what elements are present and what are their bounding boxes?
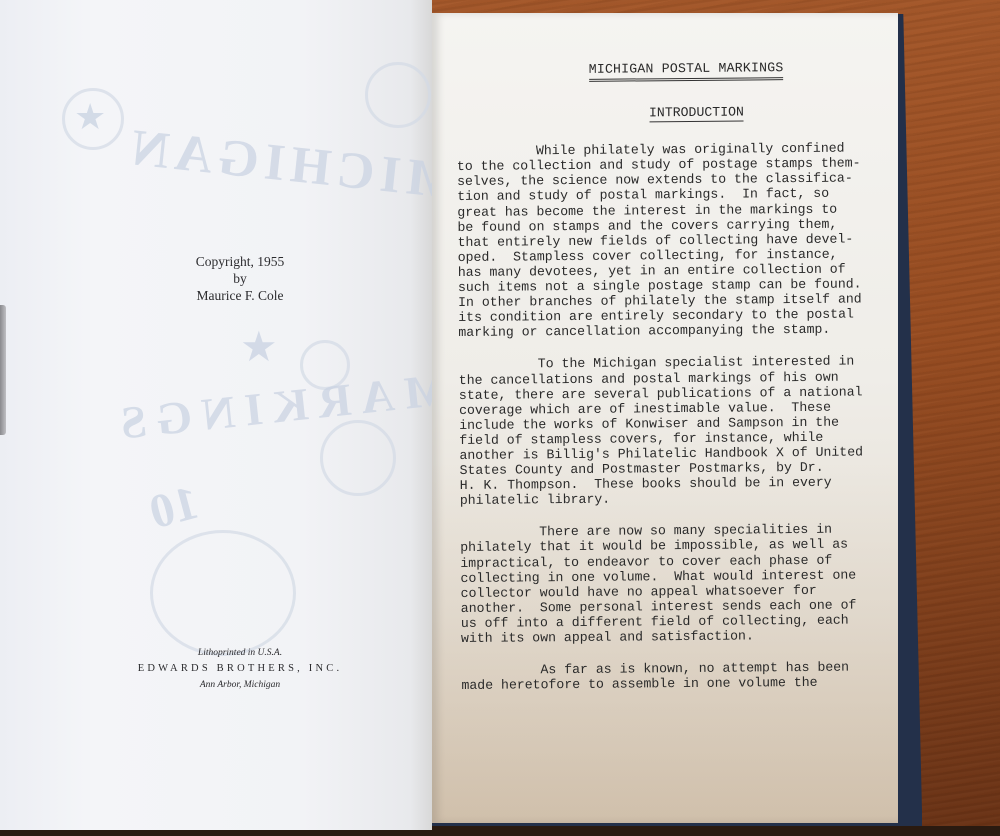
right-page: MICHIGAN POSTAL MARKINGS INTRODUCTION Wh…	[432, 13, 898, 823]
printer-imprint: Lithoprinted in U.S.A. EDWARDS BROTHERS,…	[110, 645, 370, 693]
section-heading: INTRODUCTION	[516, 103, 876, 123]
text-line: philatelic library.	[460, 490, 880, 509]
copyright-notice: Copyright, 1955 by Maurice F. Cole	[160, 253, 320, 304]
page-edge-tab	[0, 305, 6, 435]
paragraph: There are now so many specialities inphi…	[460, 522, 881, 646]
text-line: marking or cancellation accompanying the…	[458, 322, 878, 341]
paragraph: While philately was originally confinedt…	[457, 141, 879, 341]
show-through-numeral: 10	[144, 475, 205, 541]
left-page: ★ ★ MICHIGAN MARKINGS 10 Copyright, 1955…	[0, 0, 432, 830]
show-through-postmark-circle	[320, 420, 396, 496]
copyright-author: Maurice F. Cole	[160, 287, 320, 304]
copyright-by: by	[160, 270, 320, 287]
show-through-postmark-circle	[365, 62, 431, 128]
copyright-line: Copyright, 1955	[160, 253, 320, 270]
show-through-postmark-circle	[150, 530, 296, 656]
paragraph: To the Michigan specialist interested in…	[459, 354, 880, 509]
show-through-title-michigan: MICHIGAN	[123, 118, 432, 211]
publisher-name: EDWARDS BROTHERS, INC.	[110, 661, 370, 677]
show-through-star-icon: ★	[74, 96, 106, 138]
section-heading-text: INTRODUCTION	[649, 105, 744, 123]
show-through-star-icon: ★	[240, 322, 278, 372]
typewritten-text: MICHIGAN POSTAL MARKINGS INTRODUCTION Wh…	[456, 59, 881, 693]
paragraphs: While philately was originally confinedt…	[457, 141, 882, 694]
lithoprinted-note: Lithoprinted in U.S.A.	[110, 645, 370, 661]
publisher-city: Ann Arbor, Michigan	[110, 677, 370, 693]
page-title-text: MICHIGAN POSTAL MARKINGS	[589, 60, 784, 82]
text-line: with its own appeal and satisfaction.	[461, 627, 881, 646]
page-title: MICHIGAN POSTAL MARKINGS	[496, 59, 876, 82]
paragraph: As far as is known, no attempt has beenm…	[461, 659, 881, 693]
